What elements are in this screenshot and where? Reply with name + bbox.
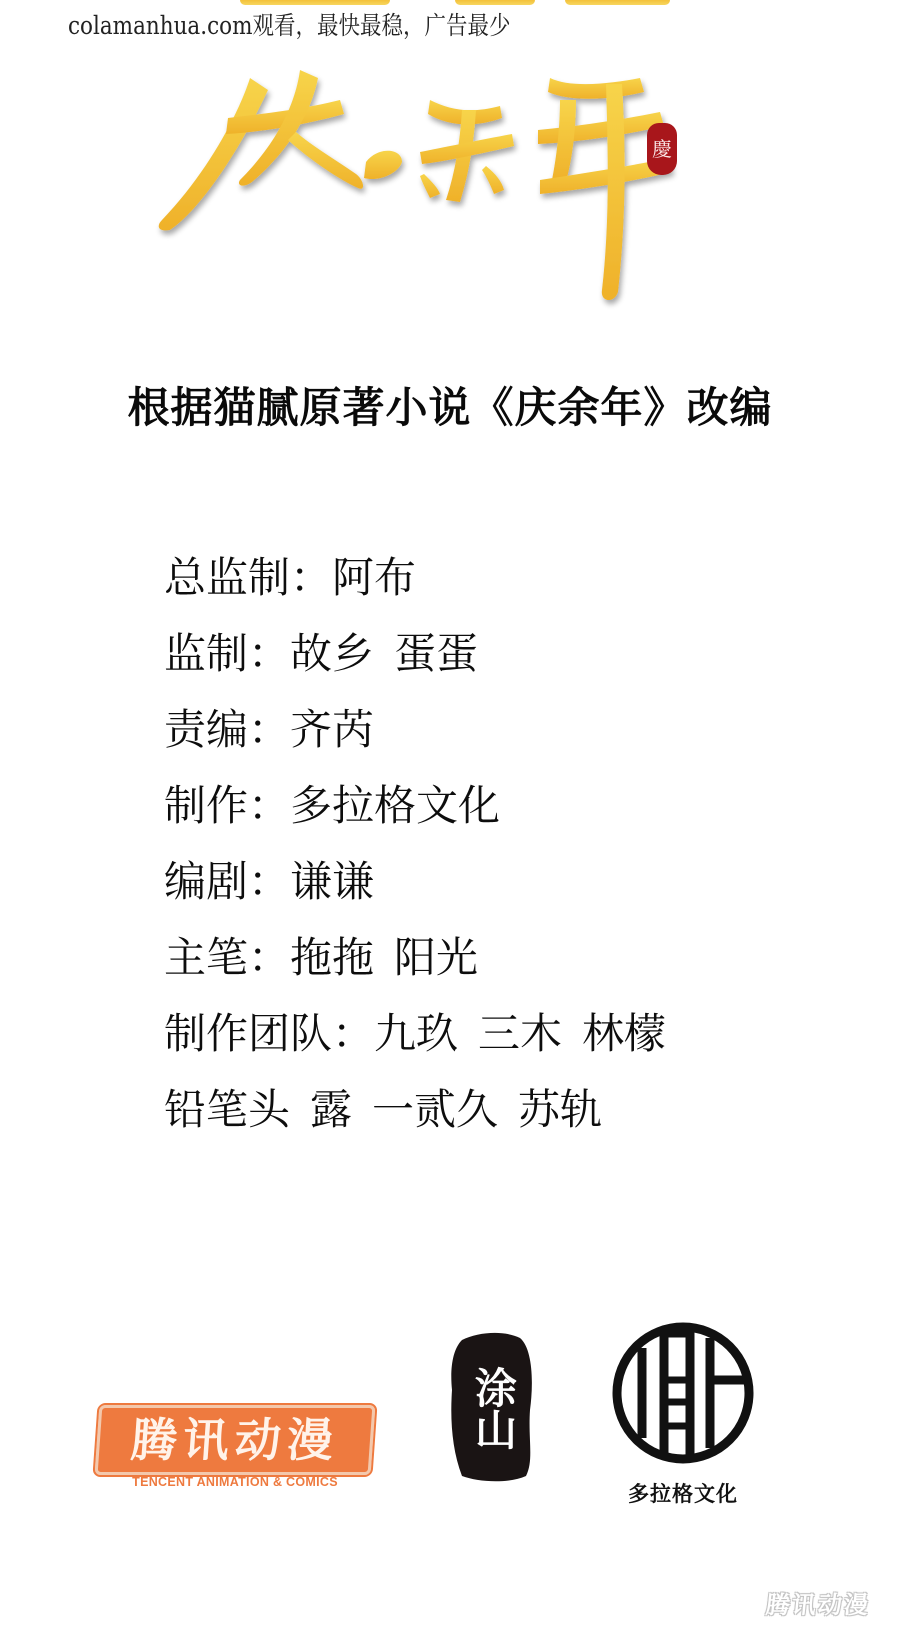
- credit-role: 主笔：: [164, 933, 290, 982]
- credit-name: 齐芮: [290, 705, 374, 754]
- credit-line-screenwriter: 编剧：谦谦: [164, 844, 666, 920]
- adaptation-subtitle: 根据猫腻原著小说《庆余年》改编: [0, 375, 900, 435]
- credit-name: 多拉格文化: [290, 781, 500, 830]
- credit-line-lead-artist: 主笔：拖拖阳光: [164, 920, 666, 996]
- credit-name: 苏轨: [518, 1085, 602, 1134]
- duolage-logo-text: 多拉格文化: [608, 1478, 758, 1508]
- credit-name: 铅笔头: [164, 1085, 290, 1134]
- credit-name: 三木: [478, 1009, 562, 1058]
- tencent-comics-logo: 腾讯动漫 TENCENT ANIMATION & COMICS: [97, 1405, 373, 1483]
- calligraphy-icon: [140, 70, 720, 310]
- credit-line-production-team: 制作团队：九玖三木林檬: [164, 996, 666, 1072]
- credit-line-production-team-cont: 铅笔头露一贰久苏轨: [164, 1072, 666, 1148]
- credit-name: 蛋蛋: [394, 629, 478, 678]
- duolage-culture-logo: 多拉格文化: [608, 1318, 758, 1508]
- credit-name: 阳光: [394, 933, 478, 982]
- tencent-logo-subtitle: TENCENT ANIMATION & COMICS: [97, 1475, 373, 1489]
- title-calligraphy-logo: [140, 70, 720, 310]
- credit-name: 故乡: [290, 629, 374, 678]
- credit-name: 九玖: [374, 1009, 458, 1058]
- drag-monogram-icon: [608, 1318, 758, 1468]
- credit-name: 谦谦: [290, 857, 374, 906]
- credit-role: 制作：: [164, 781, 290, 830]
- credit-role: 制作团队：: [164, 1009, 374, 1058]
- red-seal-stamp: 慶: [647, 123, 677, 175]
- credit-role: 责编：: [164, 705, 290, 754]
- credit-name: 露: [310, 1085, 352, 1134]
- credit-role: 监制：: [164, 629, 290, 678]
- site-watermark: colamanhua.com观看，最快最稳，广告最少: [68, 6, 510, 42]
- credit-name: 拖拖: [290, 933, 374, 982]
- credit-line-production: 制作：多拉格文化: [164, 768, 666, 844]
- credit-name: 一贰久: [372, 1085, 498, 1134]
- credit-name: 阿布: [332, 553, 416, 602]
- credit-line-executive-supervisor: 总监制：阿布: [164, 540, 666, 616]
- credit-role: 总监制：: [164, 553, 332, 602]
- credit-name: 林檬: [582, 1009, 666, 1058]
- tushan-logo-text: 涂山: [468, 1348, 518, 1468]
- credit-role: 编剧：: [164, 857, 290, 906]
- tencent-corner-watermark: 腾讯动漫: [746, 1590, 889, 1620]
- tushan-logo: 涂山: [448, 1330, 534, 1482]
- tencent-logo-wordmark: 腾讯动漫: [95, 1405, 376, 1475]
- credit-line-supervisor: 监制：故乡蛋蛋: [164, 616, 666, 692]
- credits-list: 总监制：阿布 监制：故乡蛋蛋 责编：齐芮 制作：多拉格文化 编剧：谦谦 主笔：拖…: [164, 540, 666, 1148]
- credit-line-editor: 责编：齐芮: [164, 692, 666, 768]
